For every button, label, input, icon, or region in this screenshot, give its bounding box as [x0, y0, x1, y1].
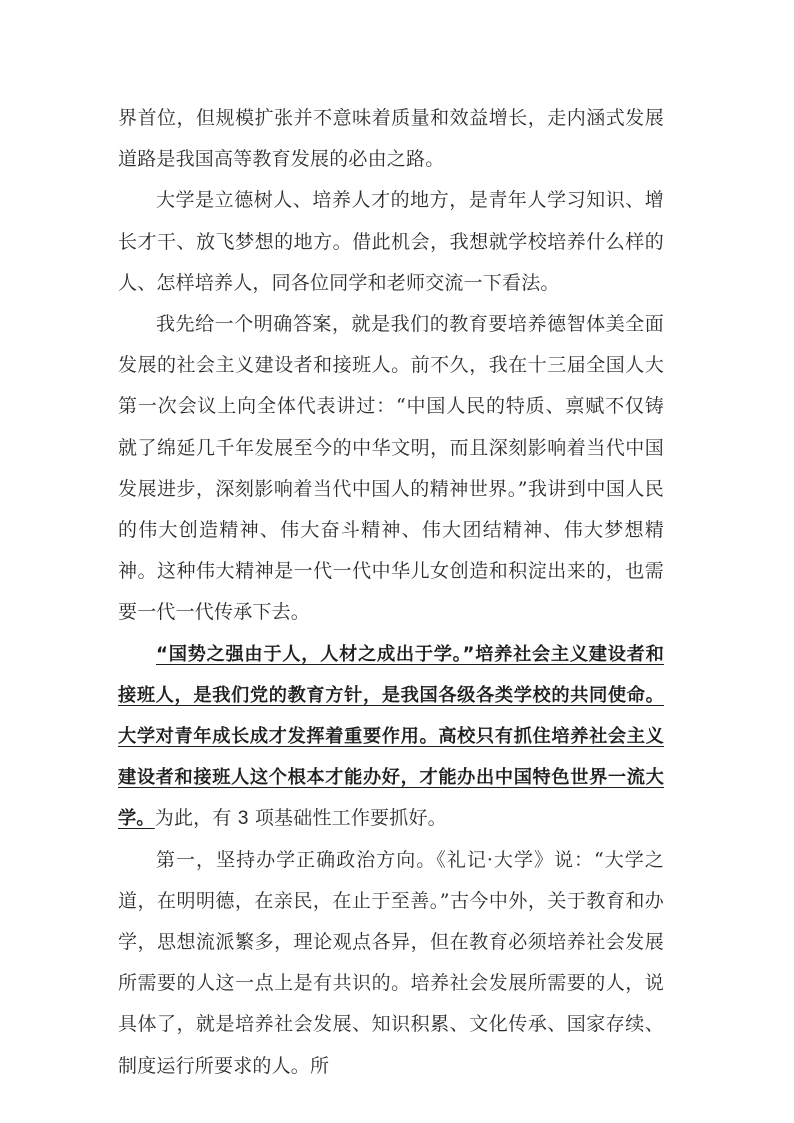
paragraph-political-direction: 第一，坚持办学正确政治方向。《礼记·大学》说：“大学之道，在明明德，在亲民，在止…: [118, 840, 664, 1087]
paragraph-text: 为此，有: [155, 807, 238, 829]
count-number: 3: [238, 808, 249, 829]
document-page: 界首位，但规模扩张并不意味着质量和效益增长，走内涵式发展道路是我国高等教育发展的…: [118, 98, 664, 1087]
paragraph-scale-expansion: 界首位，但规模扩张并不意味着质量和效益增长，走内涵式发展道路是我国高等教育发展的…: [118, 98, 664, 180]
paragraph-education-policy: “国势之强由于人，人材之成出于学。”培养社会主义建设者和接班人，是我们党的教育方…: [118, 634, 664, 840]
paragraph-education-answer: 我先给一个明确答案，就是我们的教育要培养德智体美全面发展的社会主义建设者和接班人…: [118, 304, 664, 634]
emphasized-underlined-text: “国势之强由于人，人材之成出于学。”培养社会主义建设者和接班人，是我们党的教育方…: [118, 644, 664, 830]
paragraph-university-role: 大学是立德树人、培养人才的地方，是青年人学习知识、增长才干、放飞梦想的地方。借此…: [118, 180, 664, 304]
paragraph-text: 项基础性工作要抓好。: [249, 807, 447, 829]
